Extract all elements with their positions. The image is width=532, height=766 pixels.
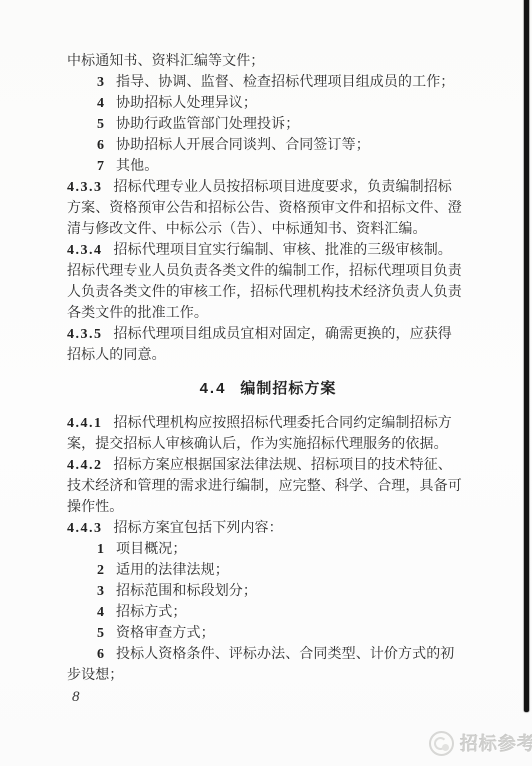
item-number: 4	[97, 605, 104, 620]
text-line: 招标代理专业人员负责各类文件的编制工作，招标代理项目负责	[67, 261, 469, 282]
line-text: 招标代理项目宜实行编制、审核、批准的三级审核制。	[114, 243, 452, 258]
item-number: 3	[97, 584, 104, 599]
line-text: 招标代理项目组成员宜相对固定，确需更换的，应获得	[114, 327, 452, 342]
line-text: 案，提交招标人审核确认后，作为实施招标代理服务的依据。	[67, 437, 448, 452]
clause-number: 4.3.5	[67, 327, 103, 342]
text-line: 步设想；	[67, 665, 469, 686]
clause-line: 4.4.1招标代理机构应按照招标代理委托合同约定编制招标方	[67, 413, 469, 434]
section-heading: 4.4编制招标方案	[67, 378, 469, 399]
clause-line: 4.3.4招标代理项目宜实行编制、审核、批准的三级审核制。	[67, 240, 469, 261]
page-number: 8	[72, 689, 80, 706]
clause-number: 4.4.1	[67, 416, 103, 431]
list-item: 5协助行政监管部门处理投诉；	[67, 114, 469, 135]
document-body-text: 中标通知书、资料汇编等文件； 3指导、协调、监督、检查招标代理项目组成员的工作；…	[67, 51, 469, 686]
item-number: 6	[97, 647, 104, 662]
item-number: 3	[97, 75, 104, 90]
section-number: 4.4	[200, 380, 227, 397]
line-text: 人负责各类文件的审核工作，招标代理机构技术经济负责人负责	[67, 285, 462, 300]
list-item: 2适用的法律法规；	[67, 560, 469, 581]
line-text: 招标代理机构应按照招标代理委托合同约定编制招标方	[114, 416, 452, 431]
list-item: 6协助招标人开展合同谈判、合同签订等；	[67, 135, 469, 156]
line-text: 招标代理专业人员负责各类文件的编制工作，招标代理项目负责	[67, 264, 462, 279]
line-text: 指导、协调、监督、检查招标代理项目组成员的工作；	[116, 75, 454, 90]
text-line: 清与修改文件、中标公示（告）、中标通知书、资料汇编。	[67, 219, 469, 240]
section-title: 编制招标方案	[240, 380, 336, 397]
clause-line: 4.3.3招标代理专业人员按招标项目进度要求，负责编制招标	[67, 177, 469, 198]
line-text: 中标通知书、资料汇编等文件；	[67, 54, 264, 69]
line-text: 方案、资格预审公告和招标公告、资格预审文件和招标文件、澄	[67, 201, 462, 216]
text-line: 操作性。	[67, 497, 469, 518]
line-text: 招标代理专业人员按招标项目进度要求，负责编制招标	[114, 180, 452, 195]
scan-edge-band	[524, 0, 529, 712]
clause-number: 4.3.4	[67, 243, 103, 258]
line-text: 协助行政监管部门处理投诉；	[116, 117, 299, 132]
scanned-document-page: 中标通知书、资料汇编等文件； 3指导、协调、监督、检查招标代理项目组成员的工作；…	[0, 0, 532, 766]
line-text: 招标方案宜包括下列内容：	[114, 521, 283, 536]
watermark-logo-icon	[429, 731, 454, 756]
line-text: 步设想；	[67, 668, 123, 683]
line-text: 协助招标人开展合同谈判、合同签订等；	[116, 138, 370, 153]
clause-line: 4.4.2招标方案应根据国家法律法规、招标项目的技术特征、	[67, 455, 469, 476]
list-item: 3招标范围和标段划分；	[67, 581, 469, 602]
line-text: 协助招标人处理异议；	[116, 96, 257, 111]
list-item: 6投标人资格条件、评标办法、合同类型、计价方式的初	[67, 644, 469, 665]
item-number: 6	[97, 138, 104, 153]
item-number: 2	[97, 563, 104, 578]
text-line: 人负责各类文件的审核工作，招标代理机构技术经济负责人负责	[67, 282, 469, 303]
line-text: 操作性。	[67, 500, 123, 515]
text-line: 招标人的同意。	[67, 345, 469, 366]
list-item: 7其他。	[67, 156, 469, 177]
line-text: 适用的法律法规；	[116, 563, 229, 578]
line-text: 资格审查方式；	[116, 626, 215, 641]
line-text: 招标方案应根据国家法律法规、招标项目的技术特征、	[114, 458, 452, 473]
list-item: 3指导、协调、监督、检查招标代理项目组成员的工作；	[67, 72, 469, 93]
item-number: 1	[97, 542, 104, 557]
list-item: 5资格审查方式；	[67, 623, 469, 644]
line-text: 各类文件的批准工作。	[67, 306, 208, 321]
clause-line: 4.3.5招标代理项目组成员宜相对固定，确需更换的，应获得	[67, 324, 469, 345]
clause-number: 4.4.3	[67, 521, 103, 536]
text-line: 技术经济和管理的需求进行编制，应完整、科学、合理，具备可	[67, 476, 469, 497]
line-text: 招标范围和标段划分；	[116, 584, 257, 599]
line-text: 投标人资格条件、评标办法、合同类型、计价方式的初	[116, 647, 454, 662]
item-number: 5	[97, 117, 104, 132]
list-item: 4招标方式；	[67, 602, 469, 623]
line-text: 其他。	[116, 159, 158, 174]
text-line: 方案、资格预审公告和招标公告、资格预审文件和招标文件、澄	[67, 198, 469, 219]
item-number: 4	[97, 96, 104, 111]
line-text: 清与修改文件、中标公示（告）、中标通知书、资料汇编。	[67, 222, 427, 237]
line-text: 技术经济和管理的需求进行编制，应完整、科学、合理，具备可	[67, 479, 462, 494]
line-text: 项目概况；	[116, 542, 187, 557]
text-line: 中标通知书、资料汇编等文件；	[67, 51, 469, 72]
list-item: 4协助招标人处理异议；	[67, 93, 469, 114]
clause-number: 4.4.2	[67, 458, 103, 473]
clause-number: 4.3.3	[67, 180, 103, 195]
item-number: 7	[97, 159, 104, 174]
list-item: 1项目概况；	[67, 539, 469, 560]
line-text: 招标方式；	[116, 605, 187, 620]
watermark-text: 招标参考	[460, 730, 532, 756]
text-line: 各类文件的批准工作。	[67, 303, 469, 324]
watermark: 招标参考	[429, 730, 532, 756]
line-text: 招标人的同意。	[67, 348, 166, 363]
text-line: 案，提交招标人审核确认后，作为实施招标代理服务的依据。	[67, 434, 469, 455]
item-number: 5	[97, 626, 104, 641]
clause-line: 4.4.3招标方案宜包括下列内容：	[67, 518, 469, 539]
